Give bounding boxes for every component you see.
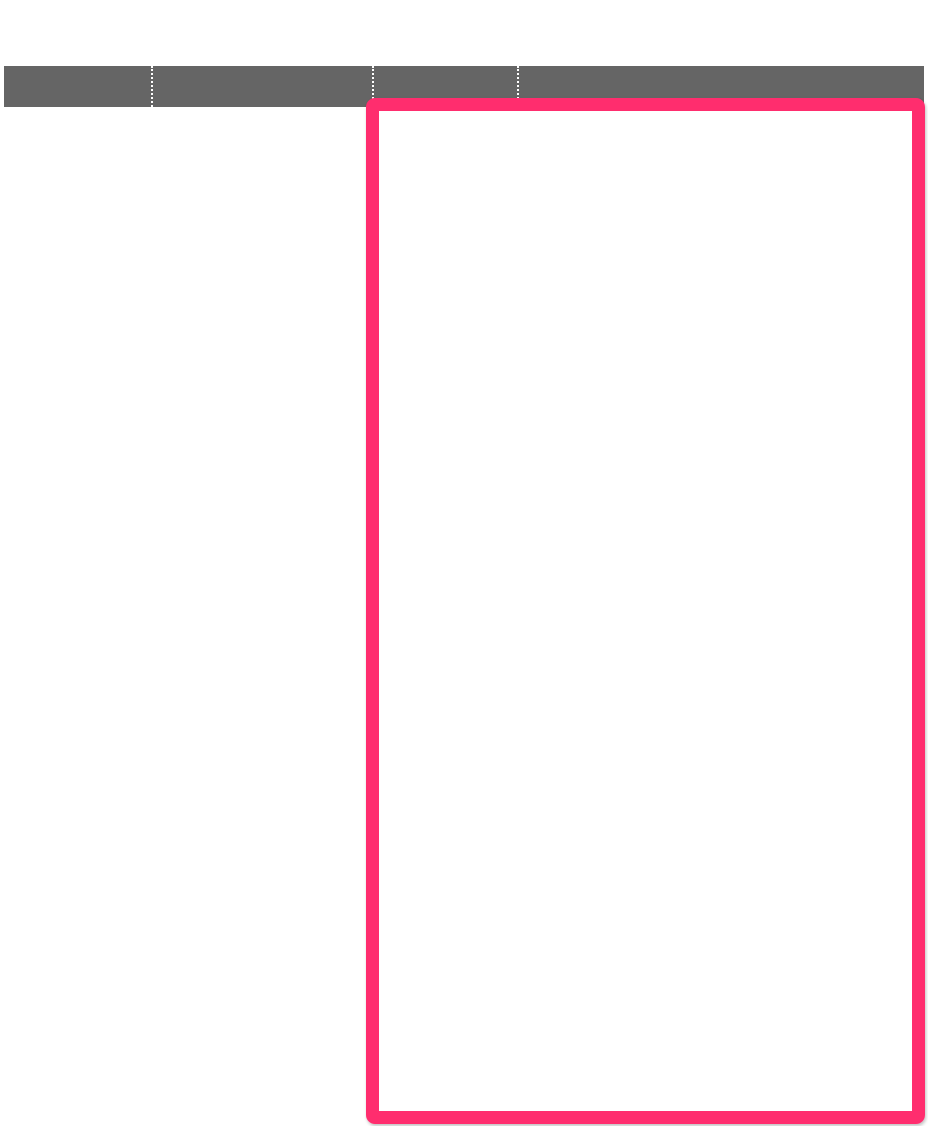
header-content [518,66,924,107]
header-shomon [373,66,518,107]
header-daimon [5,66,152,107]
table-header [4,66,924,107]
highlight-frame [366,98,925,1124]
header-field [152,66,373,107]
